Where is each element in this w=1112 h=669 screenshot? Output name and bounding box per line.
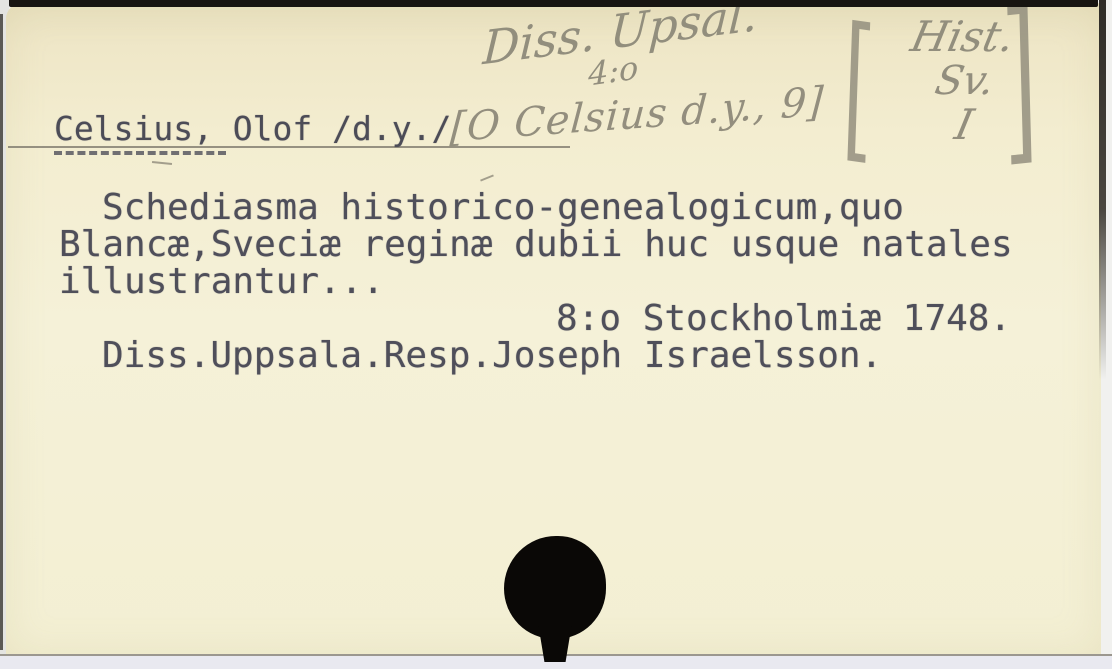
title-line-3: illustrantur... (59, 264, 384, 300)
shelfmark-bracket-left: [ (840, 6, 876, 168)
imprint-line: 8:o Stockholmiæ 1748. (556, 301, 1011, 337)
scan-right-edge (1099, 0, 1106, 380)
scan-top-edge (9, 0, 1098, 7)
pencil-note-format: 4:o (588, 48, 638, 93)
scan-left-edge (0, 14, 3, 650)
heading-author: Celsius, Olof /d.y./ (54, 112, 451, 145)
title-line-1: Schediasma historico-genealogicum,quo (102, 190, 904, 226)
title-line-2: Blancæ,Sveciæ reginæ dubii huc usque nat… (59, 227, 1013, 263)
shelfmark-bracket-right: ] (1000, 0, 1039, 170)
dissertation-note-line: Diss.Uppsala.Resp.Joseph Israelsson. (102, 338, 882, 374)
shelfmark-line-sv: Sv. (931, 58, 999, 104)
heading-underline-typed (54, 151, 226, 155)
scanned-catalog-card: Celsius, Olof /d.y./ Diss. Upsal. 4:o [O… (0, 0, 1112, 669)
